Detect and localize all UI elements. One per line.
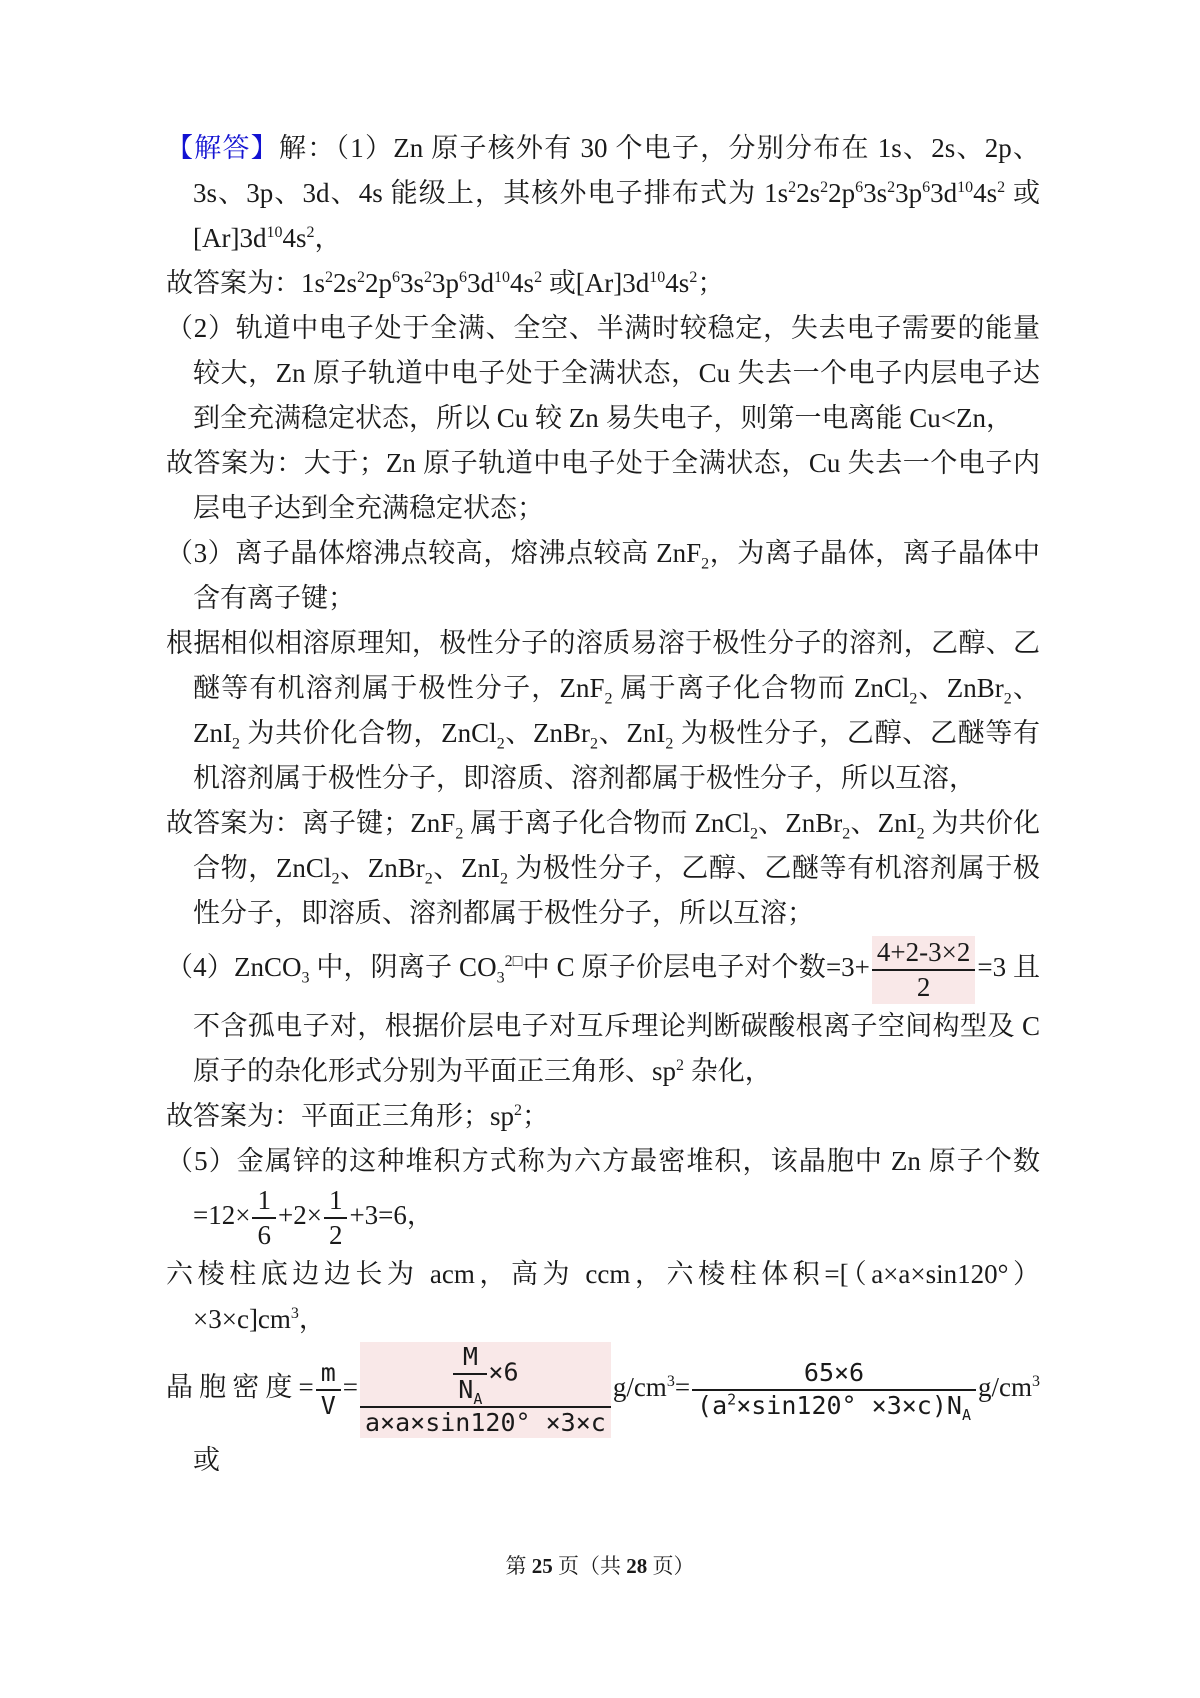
text-run: 、ZnBr: [505, 718, 590, 748]
fraction-numerator: 1: [252, 1184, 276, 1219]
part3-analysis: （3）离子晶体熔沸点较高，熔沸点较高 ZnF2，为离子晶体，离子晶体中含有离子键…: [166, 531, 1040, 621]
page-footer: 第 25 页（共 28 页）: [0, 1550, 1200, 1580]
text-run: 2s: [796, 178, 820, 208]
text-run: 属于离子化合物而 ZnCl: [463, 808, 750, 838]
superscript: 6: [459, 269, 467, 286]
text-run: 、ZnI: [433, 853, 500, 883]
text-run: 页）: [647, 1554, 694, 1578]
text-run: =: [675, 1372, 690, 1402]
superscript: 10: [649, 269, 665, 286]
text-run: 6: [257, 1220, 271, 1250]
fraction: MNA: [453, 1342, 487, 1405]
text-run: 杂化，: [684, 1056, 772, 1086]
part4-answer: 故答案为：平面正三角形；sp2；: [166, 1094, 1040, 1139]
text-run: N: [458, 1375, 473, 1404]
part2-answer: 故答案为：大于；Zn 原子轨道中电子处于全满状态，Cu 失去一个电子内层电子达到…: [166, 441, 1040, 531]
subscript: A: [962, 1406, 971, 1424]
document-page: 【解答】解：（1）Zn 原子核外有 30 个电子，分别分布在 1s、2s、2p、…: [0, 0, 1200, 1698]
total-pages: 28: [626, 1554, 647, 1578]
superscript: 3: [1032, 1373, 1040, 1390]
text-run: 65×6: [804, 1358, 864, 1387]
fraction-denominator: 2: [872, 971, 975, 1003]
page-number: 25: [532, 1554, 553, 1578]
fraction: 65×6(a2×sin120° ×3×c)NA: [692, 1358, 976, 1421]
fraction: mV: [316, 1358, 341, 1421]
superscript: 2: [887, 179, 895, 196]
fraction-numerator: 65×6: [692, 1358, 976, 1391]
text-run: 或[Ar]3d: [542, 268, 649, 298]
text-run: +2×: [278, 1200, 322, 1230]
superscript: 2: [676, 1057, 684, 1074]
fraction: MNA×6a×a×sin120° ×3×c: [360, 1342, 611, 1438]
text-run: a×a×sin120° ×3×c: [365, 1408, 606, 1437]
subscript: 2: [917, 825, 925, 842]
subscript: 2: [590, 735, 598, 752]
text-run: 4+2-3×2: [877, 937, 970, 967]
text-run: 4s: [973, 178, 997, 208]
text-run: (a: [697, 1391, 727, 1420]
subscript: 2: [425, 870, 433, 887]
text-run: 属于离子化合物而 ZnCl: [613, 673, 910, 703]
superscript: 2: [997, 179, 1005, 196]
superscript: 2: [325, 269, 333, 286]
text-run: 1: [329, 1185, 343, 1215]
text-run: 2: [329, 1220, 343, 1250]
text-run: 、ZnBr: [339, 853, 424, 883]
text-run: m: [321, 1358, 336, 1387]
superscript: 2: [307, 224, 315, 241]
fraction-numerator: 1: [324, 1184, 348, 1219]
part5-analysis: （5）金属锌的这种堆积方式称为六方最密堆积，该晶胞中 Zn 原子个数=12×16…: [166, 1139, 1040, 1252]
subscript: A: [473, 1390, 482, 1408]
text-run: 页（共: [553, 1554, 627, 1578]
text-run: ×sin120° ×3×c)N: [736, 1391, 962, 1420]
text-run: 或: [193, 1445, 220, 1475]
subscript: 3: [497, 969, 505, 986]
superscript: 2: [820, 179, 828, 196]
text-run: 、ZnBr: [917, 673, 1003, 703]
text-run: （3）离子晶体熔沸点较高，熔沸点较高 ZnF: [166, 538, 701, 568]
subscript: 2: [750, 825, 758, 842]
fraction-denominator: V: [316, 1391, 341, 1421]
text-run: V: [321, 1391, 336, 1420]
text-run: ；: [697, 268, 724, 298]
fraction-denominator: 6: [252, 1219, 276, 1251]
text-run: 故答案为：1s: [166, 268, 325, 298]
superscript: 3: [291, 1305, 299, 1322]
text-run: 、ZnI: [598, 718, 665, 748]
jieda-label: 【解答】: [166, 133, 279, 163]
fraction: 16: [252, 1184, 276, 1252]
superscript: 2: [727, 1391, 736, 1409]
fraction-denominator: a×a×sin120° ×3×c: [360, 1408, 611, 1438]
text-run: 3p: [432, 268, 459, 298]
text-run: 4s: [665, 268, 689, 298]
text-run: +3=6，: [349, 1200, 433, 1230]
text-run: 3p: [895, 178, 922, 208]
subscript: 2: [605, 690, 613, 707]
superscript: 2: [357, 269, 365, 286]
superscript: 10: [266, 224, 282, 241]
subscript: 2: [701, 555, 709, 572]
text-run: g/cm: [613, 1372, 667, 1402]
fraction-numerator: 4+2-3×2: [872, 936, 975, 971]
text-run: 故答案为：大于；Zn 原子轨道中电子处于全满状态，Cu 失去一个电子内层电子达到…: [166, 448, 1040, 523]
text-run: 4s: [510, 268, 534, 298]
part5-prism-volume: 六棱柱底边边长为 acm，高为 ccm，六棱柱体积=[（a×a×sin120°）…: [166, 1252, 1040, 1342]
fraction-numerator: MNA×6: [360, 1342, 611, 1408]
subscript: 2: [500, 870, 508, 887]
text-run: M: [463, 1342, 478, 1371]
text-run: 2: [917, 972, 931, 1002]
text-run: 、ZnI: [850, 808, 916, 838]
superscript: 2: [424, 269, 432, 286]
fraction: 12: [324, 1184, 348, 1252]
superscript: 3: [667, 1373, 675, 1390]
text-run: ，: [315, 223, 342, 253]
text-run: 1: [257, 1185, 271, 1215]
part5-density-formula: 晶胞密度=mV=MNA×6a×a×sin120° ×3×cg/cm3=65×6(…: [166, 1342, 1040, 1483]
fraction-denominator: 2: [324, 1219, 348, 1251]
text-run: 六棱柱底边边长为 acm，高为 ccm，六棱柱体积=[（a×a×sin120°）…: [166, 1259, 1040, 1334]
superscript: 2□: [505, 953, 523, 970]
text-run: 2s: [333, 268, 357, 298]
fraction-denominator: NA: [453, 1375, 487, 1405]
superscript: 2: [514, 1102, 522, 1119]
text-run: ×6: [488, 1357, 518, 1386]
text-run: 2p: [365, 268, 392, 298]
superscript: 6: [922, 179, 930, 196]
subscript: 2: [232, 735, 240, 752]
text-run: 、ZnBr: [758, 808, 842, 838]
superscript: 10: [494, 269, 510, 286]
part4-analysis: （4）ZnCO3 中，阴离子 CO32□中 C 原子价层电子对个数=3+4+2-…: [166, 936, 1040, 1094]
subscript: 2: [497, 735, 505, 752]
part3-answer: 故答案为：离子键；ZnF2 属于离子化合物而 ZnCl2、ZnBr2、ZnI2 …: [166, 801, 1040, 936]
text-run: 3d: [930, 178, 957, 208]
part1-analysis: 【解答】解：（1）Zn 原子核外有 30 个电子，分别分布在 1s、2s、2p、…: [166, 126, 1040, 261]
subscript: 2: [1004, 690, 1012, 707]
fraction-numerator: M: [453, 1342, 487, 1375]
text-run: 为共价化合物，ZnCl: [240, 718, 497, 748]
text-run: ；: [522, 1101, 549, 1131]
text-run: 4s: [282, 223, 306, 253]
superscript: 6: [392, 269, 400, 286]
text-run: 中，阴离子 CO: [309, 952, 496, 982]
superscript: 6: [855, 179, 863, 196]
fraction-numerator: m: [316, 1358, 341, 1391]
text-run: 故答案为：平面正三角形；sp: [166, 1101, 514, 1131]
text-run: 晶胞密度=: [166, 1372, 314, 1402]
answer-body: 【解答】解：（1）Zn 原子核外有 30 个电子，分别分布在 1s、2s、2p、…: [166, 126, 1040, 1483]
text-run: ，: [299, 1304, 326, 1334]
text-run: （2）轨道中电子处于全满、全空、半满时较稳定，失去电子需要的能量较大，Zn 原子…: [166, 313, 1040, 433]
part3-solubility-analysis: 根据相似相溶原理知，极性分子的溶质易溶于极性分子的溶剂，乙醇、乙醚等有机溶剂属于…: [166, 621, 1040, 801]
superscript: 10: [957, 179, 973, 196]
text-run: 中 C 原子价层电子对个数=3+: [523, 952, 870, 982]
text-run: 故答案为：离子键；ZnF: [166, 808, 455, 838]
text-run: 3d: [467, 268, 494, 298]
text-run: 3s: [400, 268, 424, 298]
text-run: （4）ZnCO: [166, 952, 301, 982]
part1-answer: 故答案为：1s22s22p63s23p63d104s2 或[Ar]3d104s2…: [166, 261, 1040, 306]
part2-analysis: （2）轨道中电子处于全满、全空、半满时较稳定，失去电子需要的能量较大，Zn 原子…: [166, 306, 1040, 441]
text-run: g/cm: [978, 1372, 1032, 1402]
fraction: 4+2-3×22: [872, 936, 975, 1004]
text-run: 2p: [828, 178, 855, 208]
fraction-denominator: (a2×sin120° ×3×c)NA: [692, 1391, 976, 1421]
superscript: 2: [534, 269, 542, 286]
superscript: 2: [788, 179, 796, 196]
text-run: 第: [506, 1554, 532, 1578]
text-run: 3s: [863, 178, 887, 208]
text-run: =: [343, 1372, 358, 1402]
